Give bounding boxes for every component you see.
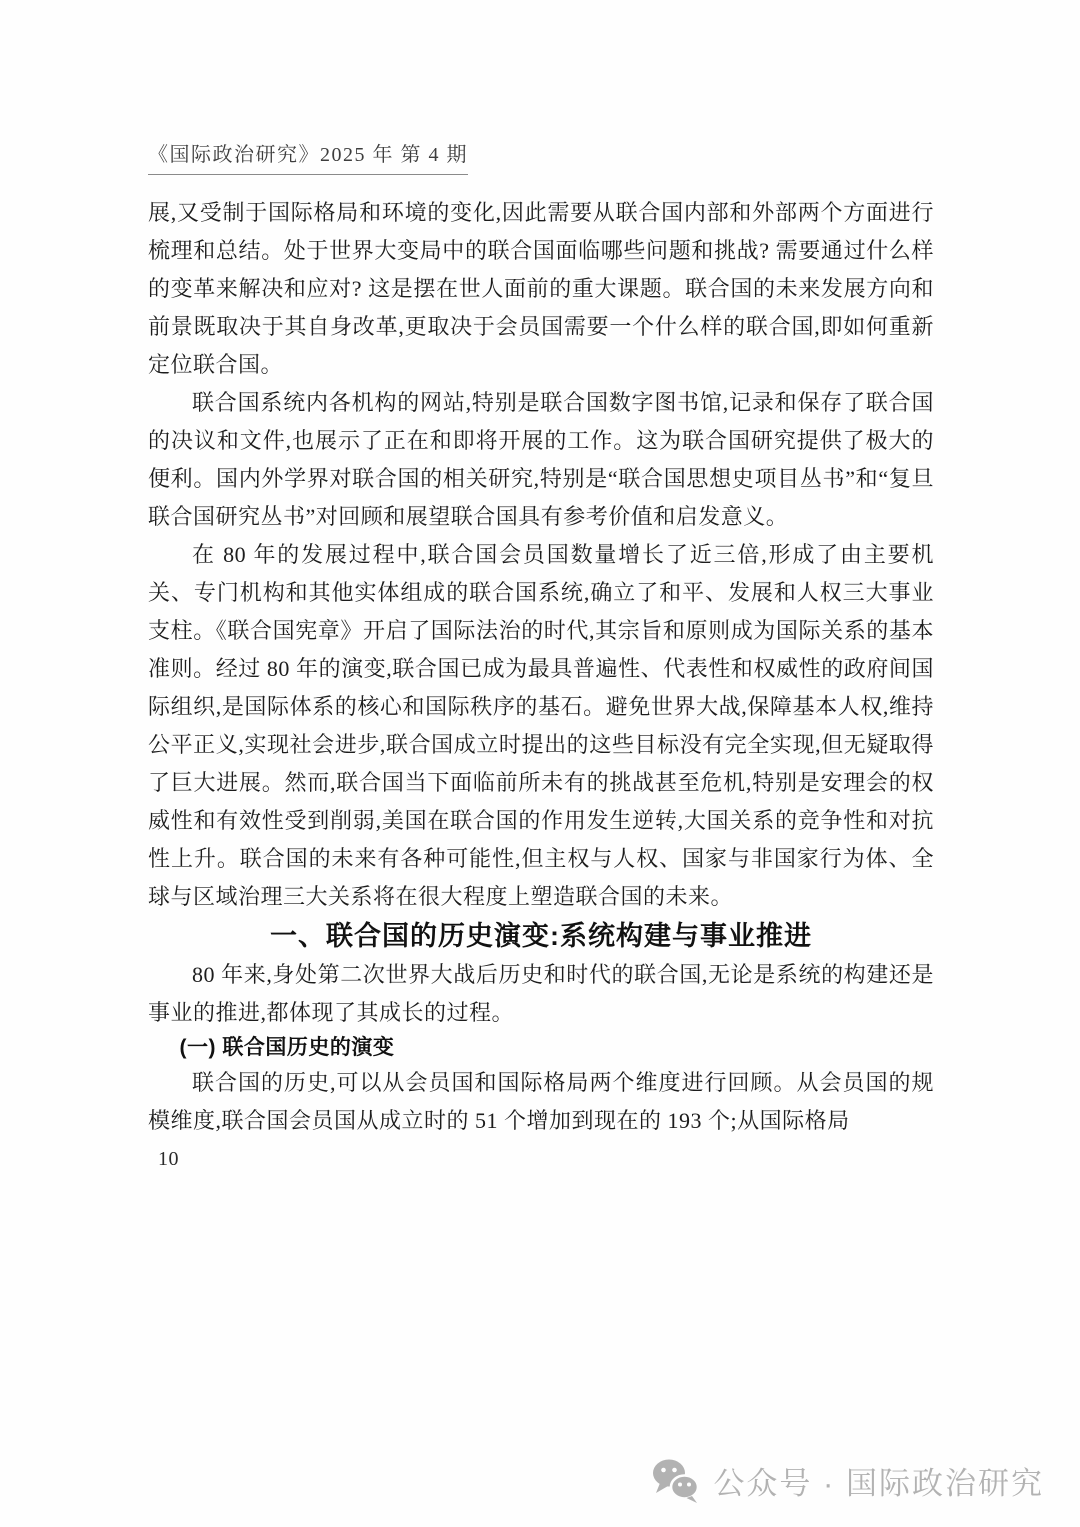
sub-section-heading: (一) 联合国历史的演变: [148, 1032, 934, 1064]
section-heading: 一、联合国的历史演变:系统构建与事业推进: [148, 916, 934, 956]
paragraph: 联合国系统内各机构的网站,特别是联合国数字图书馆,记录和保存了联合国的决议和文件…: [148, 384, 934, 536]
watermark-label: 公众号 · 国际政治研究: [713, 1458, 1044, 1503]
paragraph: 联合国的历史,可以从会员国和国际格局两个维度进行回顾。从会员国的规模维度,联合国…: [148, 1064, 934, 1140]
wechat-icon: [651, 1456, 699, 1504]
paragraph: 在 80 年的发展过程中,联合国会员国数量增长了近三倍,形成了由主要机关、专门机…: [148, 536, 934, 916]
paragraph-continuation: 展,又受制于国际格局和环境的变化,因此需要从联合国内部和外部两个方面进行梳理和总…: [148, 194, 934, 384]
page-number: 10: [148, 1140, 934, 1178]
paragraph: 80 年来,身处第二次世界大战后历史和时代的联合国,无论是系统的构建还是事业的推…: [148, 956, 934, 1032]
journal-header: 《国际政治研究》2025 年 第 4 期: [148, 138, 468, 175]
wechat-watermark: 公众号 · 国际政治研究: [651, 1456, 1044, 1504]
article-body: 展,又受制于国际格局和环境的变化,因此需要从联合国内部和外部两个方面进行梳理和总…: [148, 194, 934, 1178]
document-page: 《国际政治研究》2025 年 第 4 期 展,又受制于国际格局和环境的变化,因此…: [0, 0, 1080, 1527]
